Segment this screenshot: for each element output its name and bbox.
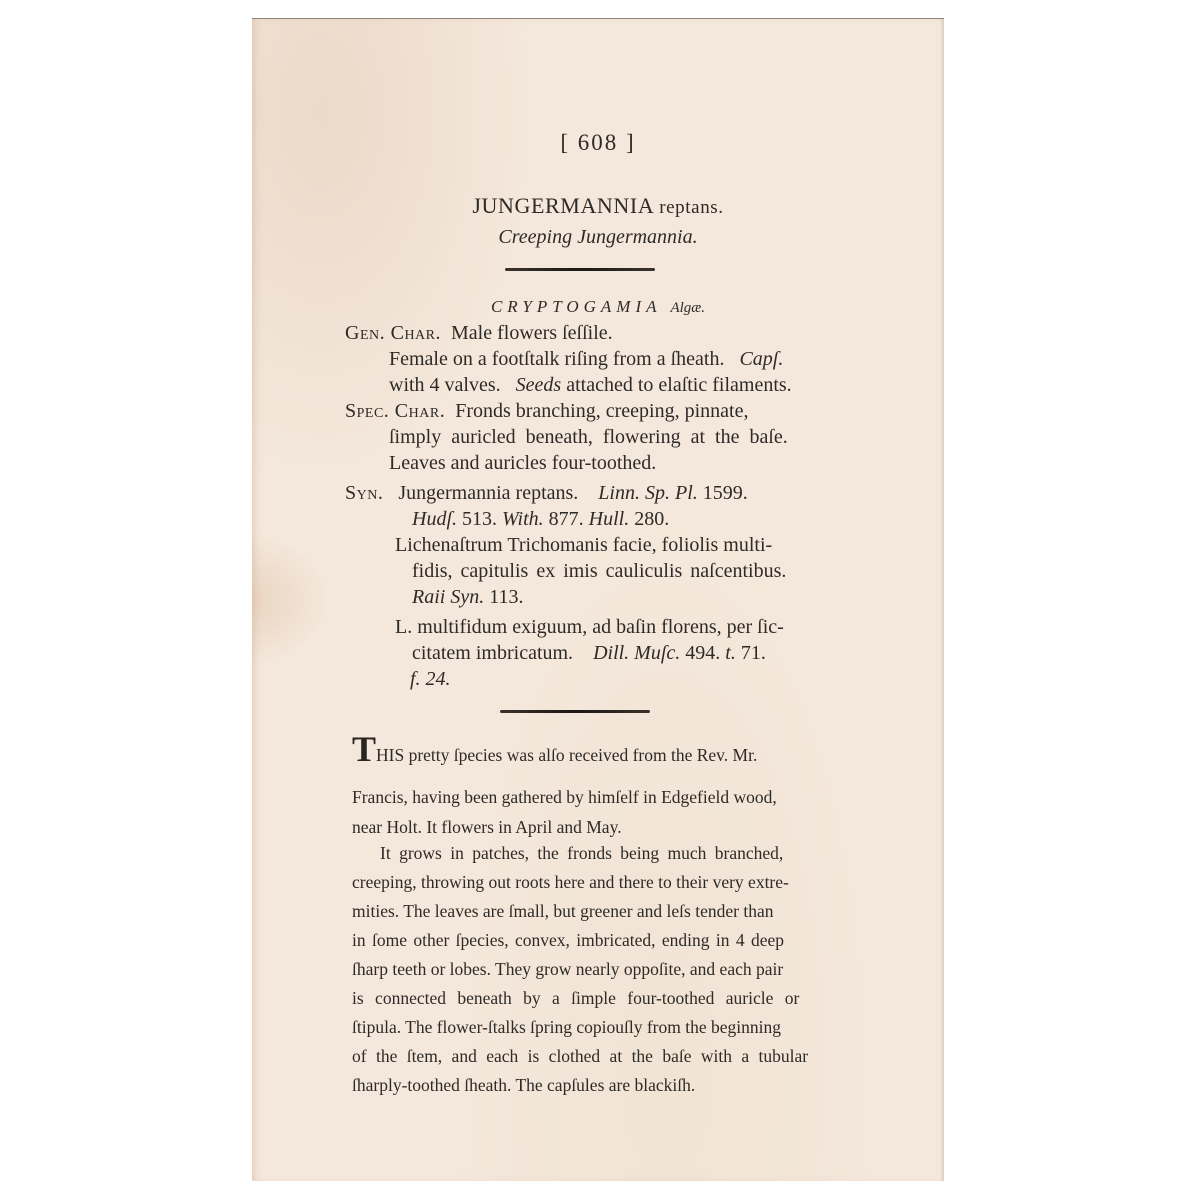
description-line: ſharp teeth or lobes. They grow nearly o…	[352, 959, 783, 979]
description-line: near Holt. It flowers in April and May.	[352, 817, 622, 837]
common-name: Creeping Jungermannia.	[252, 225, 944, 249]
description-line: mities. The leaves are ſmall, but greene…	[352, 901, 773, 921]
syn-reference: Raii Syn.	[412, 586, 484, 608]
syn-number: 494.	[685, 642, 720, 664]
gen-char-text: Female on a footſtalk riſing from a ſhea…	[389, 348, 724, 370]
section-divider	[500, 710, 650, 713]
spec-char-line-2: ſimply auricled beneath, flowering at th…	[389, 425, 788, 449]
species-epithet: reptans.	[659, 197, 723, 218]
synonym-3-line-2: citatem imbricatum. Dill. Muſc. 494. t. …	[412, 641, 766, 665]
synonym-1: Syn. Jungermannia reptans. Linn. Sp. Pl.…	[345, 481, 748, 505]
description-line: in ſome other ſpecies, convex, imbricate…	[352, 930, 784, 950]
description-line: ſharply-toothed ſheath. The capſules are…	[352, 1075, 695, 1095]
synonym-3-line-3: f. 24.	[410, 667, 451, 691]
header-divider	[505, 268, 655, 271]
synonym-2-line-2: fidis, capitulis ex imis cauliculis naſc…	[412, 559, 786, 583]
description-line: THIS pretty ſpecies was alſo received fr…	[352, 735, 757, 765]
syn-number: 113.	[489, 586, 523, 608]
gen-char-italic: Seeds	[516, 374, 562, 396]
drop-cap: T	[352, 729, 376, 769]
book-page: [ 608 ] JUNGERMANNIA reptans. Creeping J…	[252, 18, 944, 1181]
description-line: It grows in patches, the fronds being mu…	[380, 843, 783, 863]
description-line: creeping, throwing out roots here and th…	[352, 872, 789, 892]
syn-reference: Linn. Sp. Pl.	[598, 482, 697, 504]
syn-reference: t.	[725, 642, 736, 664]
gen-char-line: Male flowers ſeſſile.	[451, 322, 613, 344]
syn-label: Syn.	[345, 482, 383, 504]
classification: CRYPTOGAMIA Algæ.	[252, 295, 944, 320]
page-number: [ 608 ]	[252, 131, 944, 155]
genus-name: JUNGERMANNIA	[472, 193, 653, 218]
spec-char-line-3: Leaves and auricles four-toothed.	[389, 451, 656, 475]
syn-number: 71.	[741, 642, 766, 664]
gen-char-line-3: with 4 valves. Seeds attached to elaſtic…	[389, 373, 792, 397]
synonym-2-line-1: Lichenaſtrum Trichomanis facie, foliolis…	[395, 533, 772, 557]
gen-char-text: with 4 valves.	[389, 374, 501, 396]
gen-char-text: attached to elaſtic filaments.	[566, 374, 791, 396]
synonym-1-refs: Hudſ. 513. With. 877. Hull. 280.	[412, 507, 669, 531]
spec-char-label: Spec. Char.	[345, 400, 445, 422]
description-line: Francis, having been gathered by himſelf…	[352, 787, 777, 807]
description-text: HIS pretty ſpecies was alſo received fro…	[376, 745, 757, 765]
syn-reference: Hull.	[589, 508, 630, 530]
syn-reference: Dill. Muſc.	[593, 642, 680, 664]
generic-character: Gen. Char. Male flowers ſeſſile.	[345, 321, 613, 345]
specific-character: Spec. Char. Fronds branching, creeping, …	[345, 399, 748, 423]
synonym-3-line-1: L. multifidum exiguum, ad baſin florens,…	[395, 615, 784, 639]
description-line: ſtipula. The flower-ſtalks ſpring copiou…	[352, 1017, 781, 1037]
gen-char-italic: Capſ.	[739, 348, 783, 370]
species-title: JUNGERMANNIA reptans.	[252, 194, 944, 220]
syn-number: 513.	[462, 508, 497, 530]
syn-text: Jungermannia reptans.	[398, 482, 578, 504]
syn-number: 1599.	[703, 482, 748, 504]
syn-number: 877.	[549, 508, 584, 530]
syn-number: 280.	[634, 508, 669, 530]
syn-reference: With.	[502, 508, 544, 530]
gen-char-label: Gen. Char.	[345, 322, 441, 344]
classification-order: Algæ.	[670, 300, 705, 316]
syn-reference: Hudſ.	[412, 508, 457, 530]
spec-char-line: Fronds branching, creeping, pinnate,	[455, 400, 748, 422]
description-line: is connected beneath by a ſimple four-to…	[352, 988, 799, 1008]
classification-class: CRYPTOGAMIA	[491, 297, 661, 316]
gen-char-line-2: Female on a footſtalk riſing from a ſhea…	[389, 347, 783, 371]
description-line: of the ſtem, and each is clothed at the …	[352, 1046, 808, 1066]
synonym-2-ref: Raii Syn. 113.	[412, 585, 523, 609]
syn-text: citatem imbricatum.	[412, 642, 573, 664]
